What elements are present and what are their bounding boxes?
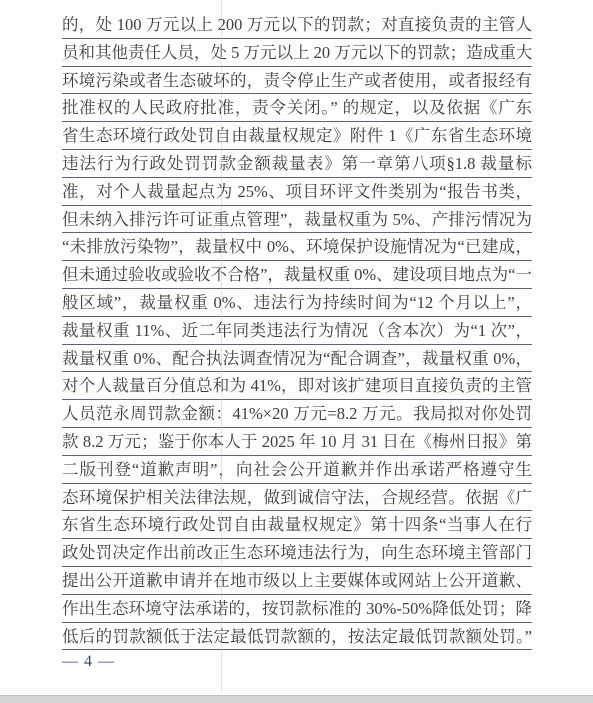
text-line: 对个人裁量百分值总和为 41%，即对该扩建项目直接负责的主管 (62, 372, 532, 400)
text-line: 东省生态环境行政处罚自由裁量权规定》第十四条“当事人在行 (62, 511, 532, 539)
text-line: 裁量权重 0%、配合执法调查情况为“配合调查”，裁量权重 0%， (62, 345, 532, 373)
text-line: 省生态环境行政处罚自由裁量权规定》附件 1《广东省生态环境 (62, 122, 532, 150)
scan-edge-band (0, 695, 593, 703)
text-line: 作出生态环境守法承诺的，按罚款标准的 30%-50%降低处罚；降 (62, 595, 532, 623)
text-line: 态环境保护相关法律法规，做到诚信守法，合规经营。依据《广 (62, 484, 532, 512)
text-line: 二版刊登“道歉声明”，向社会公开道歉并作出承诺严格遵守生 (62, 456, 532, 484)
text-line: 违法行为行政处罚罚款金额裁量表》第一章第八项§1.8 裁量标 (62, 150, 532, 178)
text-line: 提出公开道歉申请并在地市级以上主要媒体或网站上公开道歉、 (62, 567, 532, 595)
text-line: 但未纳入排污许可证重点管理”，裁量权重为 5%、产排污情况为 (62, 206, 532, 234)
text-line: “未排放污染物”，裁量权中 0%、环境保护设施情况为“已建成， (62, 233, 532, 261)
text-line: 的，处 100 万元以上 200 万元以下的罚款；对直接负责的主管人 (62, 11, 532, 39)
text-line: 员和其他责任人员，处 5 万元以上 20 万元以下的罚款；造成重大 (62, 39, 532, 67)
page-footer: — 4 — (62, 653, 115, 671)
text-line: 但未通过验收或验收不合格”，裁量权重 0%、建设项目地点为“一 (62, 261, 532, 289)
text-line: 准，对个人裁量起点为 25%、项目环评文件类别为“报告书类， (62, 178, 532, 206)
body-text: 的，处 100 万元以上 200 万元以下的罚款；对直接负责的主管人员和其他责任… (62, 11, 532, 650)
text-line: 人员范永周罚款金额：41%×20 万元=8.2 万元。我局拟对你处罚 (62, 400, 532, 428)
page-number: — 4 — (62, 653, 115, 670)
text-line: 般区域”，裁量权重 0%、违法行为持续时间为“12 个月以上”， (62, 289, 532, 317)
text-line: 款 8.2 万元；鉴于你本人于 2025 年 10 月 31 日在《梅州日报》第 (62, 428, 532, 456)
text-line: 裁量权重 11%、近二年同类违法行为情况（含本次）为“1 次”， (62, 317, 532, 345)
text-line: 批准权的人民政府批准，责令关闭。” 的规定，以及依据《广东 (62, 94, 532, 122)
text-line: 政处罚决定作出前改正生态环境违法行为，向生态环境主管部门 (62, 539, 532, 567)
text-line: 低后的罚款额低于法定最低罚款额的，按法定最低罚款额处罚。” (62, 623, 532, 651)
document-page: 的，处 100 万元以上 200 万元以下的罚款；对直接负责的主管人员和其他责任… (0, 0, 593, 703)
text-line: 环境污染或者生态破坏的，责令停止生产或者使用，或者报经有 (62, 67, 532, 95)
